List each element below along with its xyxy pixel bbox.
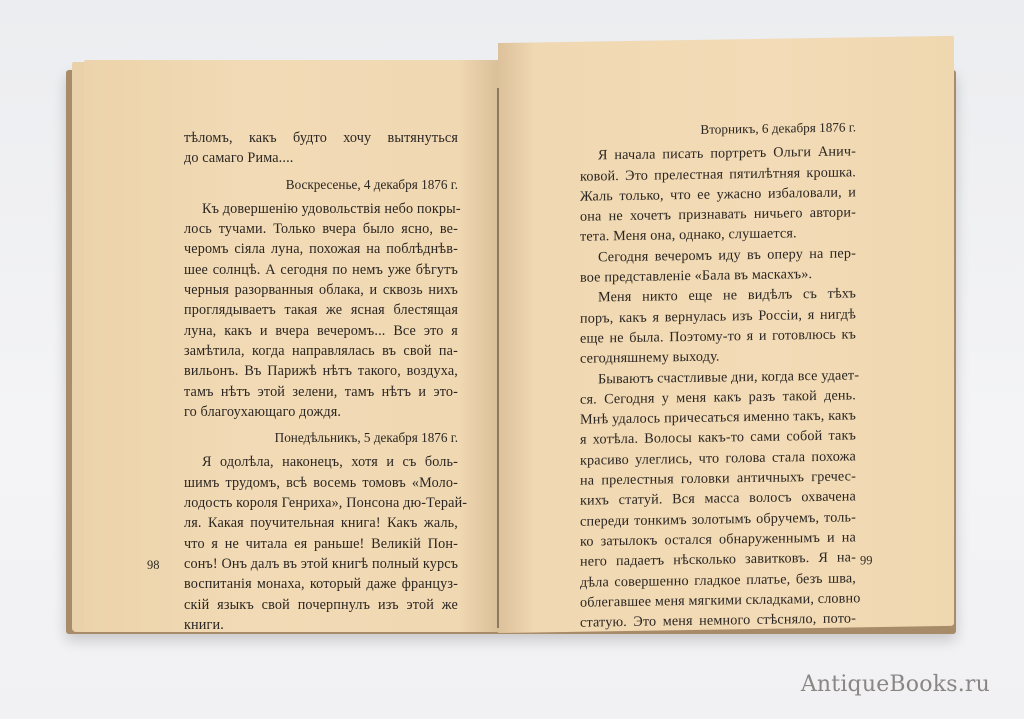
text-line: тѣломъ, какъ будто хочу вытянуться — [184, 128, 458, 148]
text-line: лось тучами. Только вчера было ясно, ве- — [184, 219, 458, 239]
text-line: шее солнцѣ. А сегодня по немъ уже бѣгутъ — [184, 260, 458, 280]
book-gutter — [497, 88, 499, 628]
diary-entry-date: Вторникъ, 6 декабря 1876 г. — [580, 117, 856, 142]
text-line: сонъ! Онъ далъ въ этой книгѣ полный курс… — [184, 554, 458, 574]
text-line: Я одолѣла, наконецъ, хотя и съ боль- — [184, 452, 458, 472]
watermark: AntiqueBooks.ru — [801, 672, 990, 697]
text-line: воспитанія монаха, который даже француз- — [184, 574, 458, 594]
page-number-right: 99 — [860, 553, 873, 568]
text-line: черомъ сіяла луна, похожая на поблѣднѣв- — [184, 239, 458, 259]
text-line: тамъ нѣтъ этой зелени, тамъ нѣтъ и это- — [184, 382, 458, 402]
left-page-text: тѣломъ, какъ будто хочу вытянутьсядо сам… — [184, 128, 458, 635]
text-line: до самаго Рима.... — [184, 148, 458, 168]
diary-entry-date: Понедѣльникъ, 5 декабря 1876 г. — [184, 428, 458, 448]
diary-entry-date: Воскресенье, 4 декабря 1876 г. — [184, 175, 458, 195]
page-number-left: 98 — [147, 558, 160, 573]
text-line: скій языкъ свой почерпнулъ изъ этой же — [184, 595, 458, 615]
text-line: черныя разорванныя облака, и сквозь нихъ — [184, 280, 458, 300]
right-page: Вторникъ, 6 декабря 1876 г.Я начала писа… — [498, 36, 954, 633]
text-line: проглядываетъ такая же ясная блестящая — [184, 300, 458, 320]
text-line: замѣтила, когда направлялась въ свой па- — [184, 341, 458, 361]
text-line: что я не читала ея раньше! Великій Пон- — [184, 534, 458, 554]
text-line: шимъ трудомъ, всѣ восемь томовъ «Моло- — [184, 473, 458, 493]
left-page: тѣломъ, какъ будто хочу вытянутьсядо сам… — [84, 60, 500, 632]
right-page-text: Вторникъ, 6 декабря 1876 г.Я начала писа… — [580, 111, 856, 633]
text-line: ля. Какая поучительная книга! Какъ жаль, — [184, 513, 458, 533]
text-line: го благоухающаго дождя. — [184, 402, 458, 422]
text-line: статую. Это меня немного стѣсняло, пото- — [580, 609, 856, 634]
text-line: луна, какъ и вчера вечеромъ... Все это я — [184, 321, 458, 341]
text-line: лодость короля Генриха», Понсона дю-Тера… — [184, 493, 458, 513]
text-line: книги. — [184, 615, 458, 635]
text-line: Къ довершенію удовольствія небо покры- — [184, 199, 458, 219]
text-line: вильонъ. Въ Парижѣ нѣтъ такого, воздуха, — [184, 361, 458, 381]
